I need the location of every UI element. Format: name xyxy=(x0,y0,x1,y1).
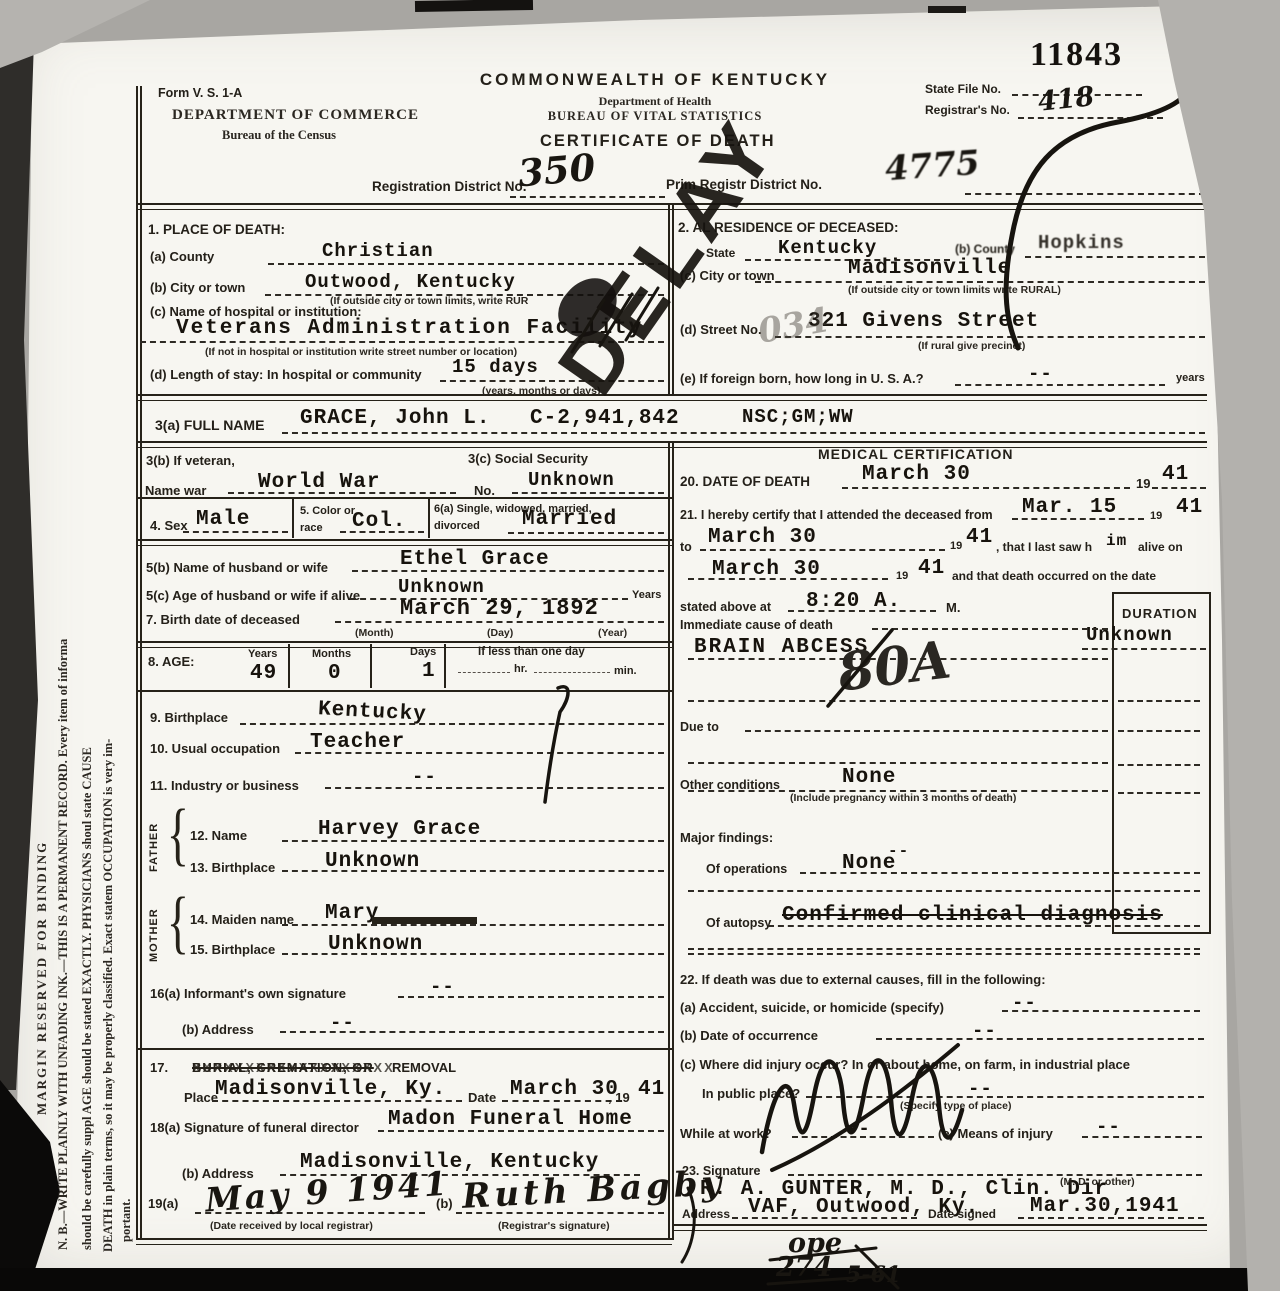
residence-street-line xyxy=(775,336,1205,338)
registrars-no-value: 418 xyxy=(1037,81,1096,118)
father-brace: { xyxy=(167,793,189,873)
place-of-death-title: 1. PLACE OF DEATH: xyxy=(148,222,285,237)
age-months-value: 0 xyxy=(328,662,342,685)
spouse-age-suffix: Years xyxy=(632,589,661,601)
due-to-label: Due to xyxy=(680,720,719,734)
place-county-label: (a) County xyxy=(150,249,214,264)
public-place-label: In public place? xyxy=(702,1086,800,1101)
burial-section-rule xyxy=(136,1048,672,1050)
father-birthplace-label: 13. Birthplace xyxy=(190,860,275,875)
residence-county-label: (b) County xyxy=(955,242,1015,256)
mother-side-label: MOTHER xyxy=(148,888,160,962)
attended-to-line xyxy=(700,549,945,551)
date-of-death-label: 20. DATE OF DEATH xyxy=(680,474,810,489)
stated-time-value: 8:20 A. xyxy=(806,590,901,613)
place-county-value: Christian xyxy=(322,240,434,262)
operations-label: Of operations xyxy=(706,862,787,876)
color-value: Col. xyxy=(352,510,406,533)
burial-place-value: Madisonville, Ky. xyxy=(215,1078,446,1101)
bottom-note-mid: 274 xyxy=(776,1252,832,1283)
birthdate-month-note: (Month) xyxy=(355,627,393,639)
service-extra-value: NSC;GM;WW xyxy=(742,406,854,428)
ss-label: 3(c) Social Security xyxy=(468,451,588,466)
full-name-value: GRACE, John L. xyxy=(300,407,490,430)
last-saw-typed: im xyxy=(1106,532,1127,550)
duration-line-3 xyxy=(1118,730,1200,732)
section-rule-name-top xyxy=(136,394,1207,401)
burial-number: 17. xyxy=(150,1060,168,1075)
top-edge-smudge xyxy=(415,0,533,12)
funeral-director-value: Madon Funeral Home xyxy=(388,1108,633,1131)
primary-district-value: 4775 xyxy=(884,143,981,190)
external-a-value: -- xyxy=(1012,992,1037,1014)
date-signed-value: Mar.30,1941 xyxy=(1030,1195,1180,1218)
full-name-label: 3(a) FULL NAME xyxy=(155,417,264,433)
margin-nb-line3: DEATH in plain terms, so it may be prope… xyxy=(101,147,116,1252)
veteran-label: 3(b) If veteran, xyxy=(146,453,235,468)
duration-line-1 xyxy=(1082,648,1206,650)
public-place-line xyxy=(806,1096,1204,1098)
form-number: Form V. S. 1-A xyxy=(158,86,242,100)
other-conditions-value: None xyxy=(842,766,896,789)
age-table-bottom-rule xyxy=(136,690,672,692)
registration-district-value: 350 xyxy=(516,145,597,196)
ss-no-label: No. xyxy=(474,483,495,498)
duration-line-5 xyxy=(1118,792,1200,794)
last-saw-text-b: alive on xyxy=(1138,540,1183,554)
color-marital-divider xyxy=(428,499,430,538)
industry-value: -- xyxy=(412,766,437,788)
place-city-value: Outwood, Kentucky xyxy=(305,271,516,293)
means-of-injury-label: (e) Means of injury xyxy=(938,1126,1053,1141)
burial-place-label: Place xyxy=(184,1090,218,1105)
residence-street-label: (d) Street No. xyxy=(680,322,762,337)
spouse-age-value: Unknown xyxy=(398,576,485,598)
while-at-work-value: -- xyxy=(846,1118,871,1140)
attended-from-value: Mar. 15 xyxy=(1022,496,1117,519)
external-b-label: (b) Date of occurrence xyxy=(680,1028,818,1043)
residence-state-value: Kentucky xyxy=(778,237,877,259)
birthplace-line xyxy=(240,723,664,725)
dod-year-prefix: 19 xyxy=(1136,476,1150,491)
informant-address-value: -- xyxy=(330,1012,355,1034)
signature-line xyxy=(788,1174,1202,1176)
saw-year-value: 41 xyxy=(918,557,945,580)
residence-county-line xyxy=(1025,256,1205,258)
other-conditions-note: (Include pregnancy within 3 months of de… xyxy=(790,792,1016,804)
immediate-cause-label: Immediate cause of death xyxy=(680,618,833,632)
registration-district-label: Registration District No. xyxy=(372,179,527,194)
age-years-label: Years xyxy=(248,648,277,660)
marital-label-2: divorced xyxy=(434,520,480,532)
burial-year-value: 41 xyxy=(638,1078,665,1101)
occupation-value: Teacher xyxy=(310,731,405,754)
color-label-2: race xyxy=(300,522,323,534)
burial-struck-overlay: XXXXXXXXXXXXXXXXXXX xyxy=(192,1060,395,1075)
age-days-label: Days xyxy=(410,646,436,658)
last-saw-text-a: , that I last saw h xyxy=(996,540,1092,554)
to-year-value: 41 xyxy=(966,526,993,549)
residence-street-value: 321 Givens Street xyxy=(808,310,1039,333)
informant-signature-label: 16(a) Informant's own signature xyxy=(150,986,346,1001)
sex-color-divider xyxy=(292,499,294,538)
signature-label: 23. Signature xyxy=(682,1164,761,1178)
registration-district-line xyxy=(510,196,665,198)
margin-nb-line1: N. B.—WRITE PLAINLY WITH UNFADING INK.—T… xyxy=(56,115,71,1250)
autopsy-label: Of autopsy xyxy=(706,916,771,930)
sex-value: Male xyxy=(196,508,250,531)
place-stay-value: 15 days xyxy=(452,356,539,378)
industry-label: 11. Industry or business xyxy=(150,778,299,793)
father-birthplace-value: Unknown xyxy=(325,850,420,873)
marital-value: Married xyxy=(522,508,617,531)
mother-name-strike xyxy=(372,917,477,924)
marital-line xyxy=(508,532,664,534)
age-hr-label: hr. xyxy=(514,663,527,675)
color-label: 5. Color or xyxy=(300,505,355,517)
residence-city-line xyxy=(755,281,1205,283)
father-side-label: FATHER xyxy=(148,800,160,872)
major-findings-label: Major findings: xyxy=(680,830,773,845)
ss-value: Unknown xyxy=(528,469,615,491)
dod-year-line xyxy=(1152,487,1206,489)
duration-line-2 xyxy=(1118,700,1200,702)
section-rule-name-bottom xyxy=(136,441,1207,448)
burial-date-value: March 30 xyxy=(510,1078,619,1101)
veteran-namewar-label: Name war xyxy=(145,483,206,498)
mother-name-label: 14. Maiden name xyxy=(190,912,294,927)
residence-foreign-value: -- xyxy=(1028,363,1053,385)
registrar-sig-note: (Registrar's signature) xyxy=(498,1220,610,1232)
saw-year-prefix: 19 xyxy=(896,570,908,582)
medical-certification-title: MEDICAL CERTIFICATION xyxy=(818,446,1013,462)
ss-line xyxy=(512,492,664,494)
cause-line-3 xyxy=(688,762,1108,764)
center-border-main xyxy=(668,441,670,1240)
sex-line xyxy=(183,531,288,533)
birthdate-label: 7. Birth date of deceased xyxy=(146,612,300,627)
birthplace-label: 9. Birthplace xyxy=(150,710,228,725)
margin-nb-line4: portant. xyxy=(119,1162,134,1242)
spouse-name-value: Ethel Grace xyxy=(400,548,550,571)
burial-date-label: Date xyxy=(468,1090,496,1105)
received-label: 19(a) xyxy=(148,1196,178,1211)
age-label: 8. AGE: xyxy=(148,654,194,669)
stated-m-label: M. xyxy=(946,600,960,615)
stated-above-label: stated above at xyxy=(680,600,771,614)
informant-address-label: (b) Address xyxy=(182,1022,254,1037)
external-b-value: -- xyxy=(972,1020,997,1042)
mother-brace: { xyxy=(167,881,189,961)
bureau-of-census: Bureau of the Census xyxy=(222,128,336,143)
bottom-scan-bar xyxy=(0,1268,1280,1291)
residence-foreign-label: (e) If foreign born, how long in U. S. A… xyxy=(680,371,924,386)
attended-to-label: to xyxy=(680,540,692,554)
date-signed-label: Date signed xyxy=(928,1207,996,1221)
industry-line xyxy=(325,787,664,789)
duration-line-4 xyxy=(1118,764,1200,766)
primary-district-line xyxy=(965,193,1205,195)
age-div-2 xyxy=(370,644,372,688)
age-div-3 xyxy=(444,644,446,688)
birthdate-line xyxy=(335,621,664,623)
residence-city-value: Madisonville xyxy=(848,257,1011,280)
public-place-note: (Specify type of place) xyxy=(900,1100,1011,1112)
scanned-death-certificate: MARGIN RESERVED FOR BINDING N. B.—WRITE … xyxy=(0,0,1280,1291)
residence-foreign-suffix: years xyxy=(1176,372,1205,384)
mother-birthplace-value: Unknown xyxy=(328,933,423,956)
informant-signature-value: -- xyxy=(430,976,455,998)
left-col-bottom-rule xyxy=(136,1238,672,1245)
birthdate-year-note: (Year) xyxy=(598,627,627,639)
date-of-death-value: March 30 xyxy=(862,463,971,486)
sex-label: 4. Sex xyxy=(150,518,188,533)
due-to-line xyxy=(745,730,1108,732)
certifier-address-label: Address xyxy=(682,1207,730,1221)
from-year-prefix: 19 xyxy=(1150,510,1162,522)
signature-note: (M. D. or other) xyxy=(1060,1176,1135,1188)
to-year-prefix: 19 xyxy=(950,540,962,552)
immediate-cause-line xyxy=(872,628,1108,630)
last-saw-value: March 30 xyxy=(712,558,821,581)
attended-to-value: March 30 xyxy=(708,526,817,549)
age-min-label: min. xyxy=(614,665,637,677)
birthdate-day-note: (Day) xyxy=(487,627,513,639)
top-edge-smudge-2 xyxy=(928,6,966,13)
dept-of-commerce: DEPARTMENT OF COMMERCE xyxy=(172,107,419,124)
cause-line-2 xyxy=(688,700,1108,702)
age-hr-line xyxy=(458,672,510,673)
spouse-name-label: 5(b) Name of husband or wife xyxy=(146,560,328,575)
funeral-director-label: 18(a) Signature of funeral director xyxy=(150,1120,359,1135)
findings-divider-line xyxy=(688,890,1200,892)
residence-city-note: (If outside city or town limits write RU… xyxy=(848,284,1061,296)
registrar-sig-label: (b) xyxy=(436,1196,453,1211)
received-note: (Date received by local registrar) xyxy=(210,1220,373,1232)
age-years-value: 49 xyxy=(250,662,277,685)
mother-birthplace-label: 15. Birthplace xyxy=(190,942,275,957)
place-city-label: (b) City or town xyxy=(150,280,245,295)
from-year-value: 41 xyxy=(1176,496,1203,519)
father-name-label: 12. Name xyxy=(190,828,247,843)
external-top-rule-a xyxy=(688,948,1200,950)
other-conditions-label: Other conditions xyxy=(680,778,780,792)
date-of-death-line xyxy=(842,487,1130,489)
age-min-line xyxy=(534,672,610,673)
saw-suffix-text: and that death occurred on the date xyxy=(952,569,1156,583)
while-at-work-label: While at work? xyxy=(680,1126,772,1141)
external-top-rule-b xyxy=(688,953,1200,955)
dod-year-value: 41 xyxy=(1162,463,1189,486)
duration-title: DURATION xyxy=(1122,606,1198,621)
commonwealth-title: COMMONWEALTH OF KENTUCKY xyxy=(455,70,855,90)
veteran-row-rule xyxy=(136,497,672,499)
spouse-age-label: 5(c) Age of husband or wife if alive xyxy=(146,588,360,603)
residence-county-value: Hopkins xyxy=(1038,232,1125,254)
operations-dash: -- xyxy=(888,842,909,860)
bottom-note-bottom: 5-61 xyxy=(846,1262,901,1288)
registrars-no-label: Registrar's No. xyxy=(925,103,1010,117)
margin-nb-line2: should be carefully suppl AGE should be … xyxy=(80,130,95,1250)
residence-street-note: (If rural give precinct) xyxy=(918,340,1025,352)
autopsy-value: Confirmed clinical diagnosis xyxy=(782,904,1163,927)
age-months-label: Months xyxy=(312,648,351,660)
burial-year-prefix: , 19 xyxy=(608,1090,630,1105)
external-b-line xyxy=(876,1038,1204,1040)
birthdate-value: March 29, 1892 xyxy=(400,596,599,621)
external-a-label: (a) Accident, suicide, or homicide (spec… xyxy=(680,1000,944,1015)
veteran-value: World War xyxy=(258,471,380,494)
occupation-label: 10. Usual occupation xyxy=(150,741,280,756)
certify-label: 21. I hereby certify that I attended the… xyxy=(680,508,993,522)
age-less-label: If less than one day xyxy=(478,646,585,658)
burial-removal-label: REMOVAL xyxy=(392,1060,456,1075)
public-place-value: -- xyxy=(968,1078,993,1100)
left-double-border xyxy=(136,86,138,1240)
full-name-line xyxy=(282,432,1205,434)
right-col-bottom-rule xyxy=(672,1224,1207,1231)
age-div-1 xyxy=(288,644,290,688)
father-name-value: Harvey Grace xyxy=(318,818,481,841)
means-of-injury-value: -- xyxy=(1096,1116,1121,1138)
external-title: 22. If death was due to external causes,… xyxy=(680,972,1046,987)
age-days-value: 1 xyxy=(422,660,436,683)
sex-row-rule xyxy=(136,539,672,546)
margin-binding-text: MARGIN RESERVED FOR BINDING xyxy=(34,485,50,1115)
external-c-label: (c) Where did injury occur? In or about … xyxy=(680,1057,1130,1072)
place-stay-label: (d) Length of stay: In hospital or commu… xyxy=(150,367,422,382)
file-number-stamp: 11843 xyxy=(1030,36,1123,74)
age-table-top-rule xyxy=(136,641,672,648)
residence-foreign-line xyxy=(955,384,1165,386)
state-file-no-label: State File No. xyxy=(925,82,1001,96)
